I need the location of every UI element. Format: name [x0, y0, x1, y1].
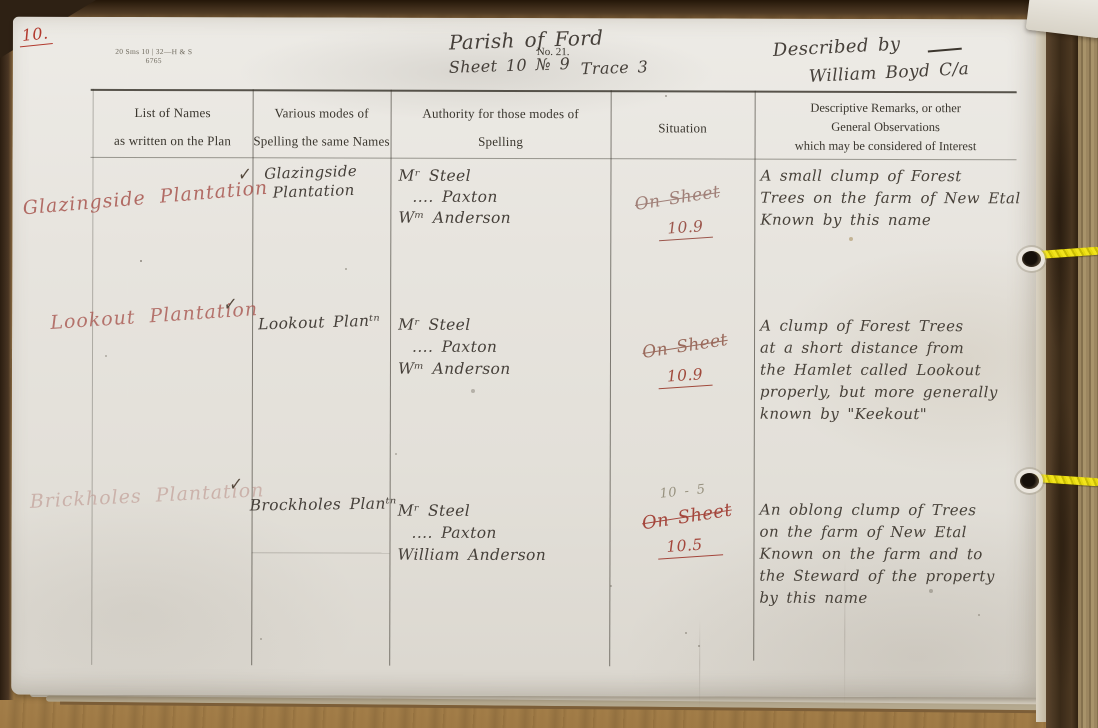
- document-page: 10. 20 Sms 10 | 32—H & S 6765 Parish of …: [11, 17, 1043, 698]
- surveyor-name: William Boyd C/a: [808, 59, 969, 87]
- header-line: Various modes of: [253, 99, 391, 127]
- authority-line: .... Paxton: [412, 187, 511, 208]
- header-line: General Observations: [755, 118, 1017, 138]
- situation-ref-row-2: 10.9: [657, 365, 712, 390]
- binding-spine: [1046, 0, 1078, 728]
- remarks-line: A clump of Forest Trees: [760, 315, 998, 338]
- checkmark-row-2: ✓: [223, 292, 238, 317]
- column-rule-left: [91, 89, 94, 665]
- remarks-row-3: An oblong clump of Trees on the farm of …: [759, 499, 995, 610]
- remarks-line: at a short distance from: [760, 337, 998, 360]
- situation-sheet-row-1: On Sheet: [633, 182, 721, 215]
- punch-hole-top: [1022, 251, 1041, 267]
- situation-pencil-row-3: 10 - 5: [659, 482, 706, 502]
- column-rule-2: [389, 90, 392, 666]
- header-line: Situation: [611, 114, 755, 142]
- header-bottom-rule: [91, 157, 1017, 160]
- column-header-remarks: Descriptive Remarks, or other General Ob…: [755, 99, 1017, 157]
- paper-crease: [699, 618, 700, 708]
- situation-sheet-row-2: On Sheet: [641, 330, 729, 363]
- authority-row-2: Mʳ Steel .... Paxton Wᵐ Anderson: [398, 314, 511, 380]
- punch-hole-bottom: [1020, 473, 1039, 489]
- checkmark-row-3: ✓: [228, 472, 243, 497]
- printed-number-label: No. 21.: [537, 46, 570, 58]
- spelling-row-2: Lookout Planᵗⁿ: [258, 311, 381, 333]
- table-top-rule: [91, 89, 1017, 93]
- remarks-line: the Hamlet called Lookout: [760, 359, 998, 382]
- column-header-spelling: Various modes of Spelling the same Names: [253, 99, 391, 155]
- authority-line: .... Paxton: [412, 522, 547, 544]
- header-line: which may be considered of Interest: [755, 137, 1017, 157]
- spelling-row-3: Brockholes Planᵗⁿ: [249, 494, 396, 514]
- trace-label: Trace 3: [580, 57, 648, 78]
- authority-line: Wᵐ Anderson: [398, 208, 511, 229]
- column-rule-4: [753, 91, 755, 661]
- column-rule-3: [609, 90, 612, 666]
- column-header-authority: Authority for those modes of Spelling: [391, 100, 611, 157]
- authority-line: Mʳ Steel: [398, 500, 547, 522]
- header-line: Spelling: [391, 128, 611, 157]
- header-line: Authority for those modes of: [391, 100, 611, 129]
- parish-title: Parish of Ford: [448, 26, 603, 55]
- remarks-row-2: A clump of Forest Trees at a short dista…: [760, 315, 998, 426]
- remarks-line: known by "Keekout": [760, 403, 998, 426]
- authority-line: .... Paxton: [412, 336, 511, 358]
- spelling-line: Plantation: [272, 181, 358, 203]
- remarks-line: properly, but more generally: [760, 381, 998, 404]
- situation-ref-row-3: 10.5: [657, 534, 723, 559]
- remarks-line: Known on the farm and to: [759, 543, 994, 566]
- remarks-line: the Steward of the property: [759, 565, 994, 588]
- remarks-line: Trees on the farm of New Etal: [760, 187, 1020, 210]
- remarks-line: An oblong clump of Trees: [760, 499, 995, 522]
- printer-stamp: 20 Sms 10 | 32—H & S 6765: [99, 47, 209, 65]
- header-line: List of Names: [93, 99, 253, 127]
- page-number: 10.: [18, 23, 53, 47]
- authority-row-1: Mʳ Steel .... Paxton Wᵐ Anderson: [398, 166, 511, 229]
- header-line: as written on the Plan: [93, 127, 253, 155]
- checkmark-row-1: ✓: [237, 162, 252, 187]
- situation-sheet-row-3: On Sheet: [641, 500, 734, 535]
- stamp-line-1: 20 Sms 10 | 32—H & S: [99, 47, 209, 56]
- authority-line: Wᵐ Anderson: [398, 358, 511, 380]
- spelling-line: Brockholes Planᵗⁿ: [249, 494, 396, 514]
- remarks-line: Known by this name: [760, 209, 1020, 232]
- paper-crease: [844, 559, 845, 709]
- spelling-line: Lookout Planᵗⁿ: [258, 311, 381, 333]
- authority-line: Mʳ Steel: [398, 166, 511, 187]
- column-header-situation: Situation: [611, 114, 755, 142]
- authority-row-3: Mʳ Steel .... Paxton William Anderson: [397, 500, 546, 566]
- header-line: Descriptive Remarks, or other: [755, 99, 1017, 119]
- plan-name-row-1: Glazingside Plantation: [22, 177, 269, 220]
- column-rule-1: [251, 89, 254, 665]
- remarks-line: on the farm of New Etal: [760, 521, 995, 544]
- fly-specks: [140, 260, 142, 262]
- ink-dash-mark: [928, 48, 962, 53]
- remarks-row-1: A small clump of Forest Trees on the far…: [760, 165, 1020, 232]
- header-line: Spelling the same Names: [253, 127, 391, 155]
- situation-ref-row-1: 10.9: [658, 217, 713, 242]
- spelling-row-1: Glazingside Plantation: [258, 162, 358, 203]
- remarks-line: A small clump of Forest: [760, 165, 1020, 188]
- authority-line: William Anderson: [397, 544, 546, 566]
- column-header-names: List of Names as written on the Plan: [93, 99, 253, 155]
- remarks-line: by this name: [759, 587, 994, 610]
- scanned-name-book-page: 10. 20 Sms 10 | 32—H & S 6765 Parish of …: [0, 0, 1098, 728]
- authority-line: Mʳ Steel: [398, 314, 511, 336]
- page-block-edge: [1078, 0, 1098, 728]
- stamp-line-2: 6765: [99, 56, 209, 65]
- faint-guideline: [251, 552, 389, 553]
- described-by-label: Described by: [772, 34, 901, 61]
